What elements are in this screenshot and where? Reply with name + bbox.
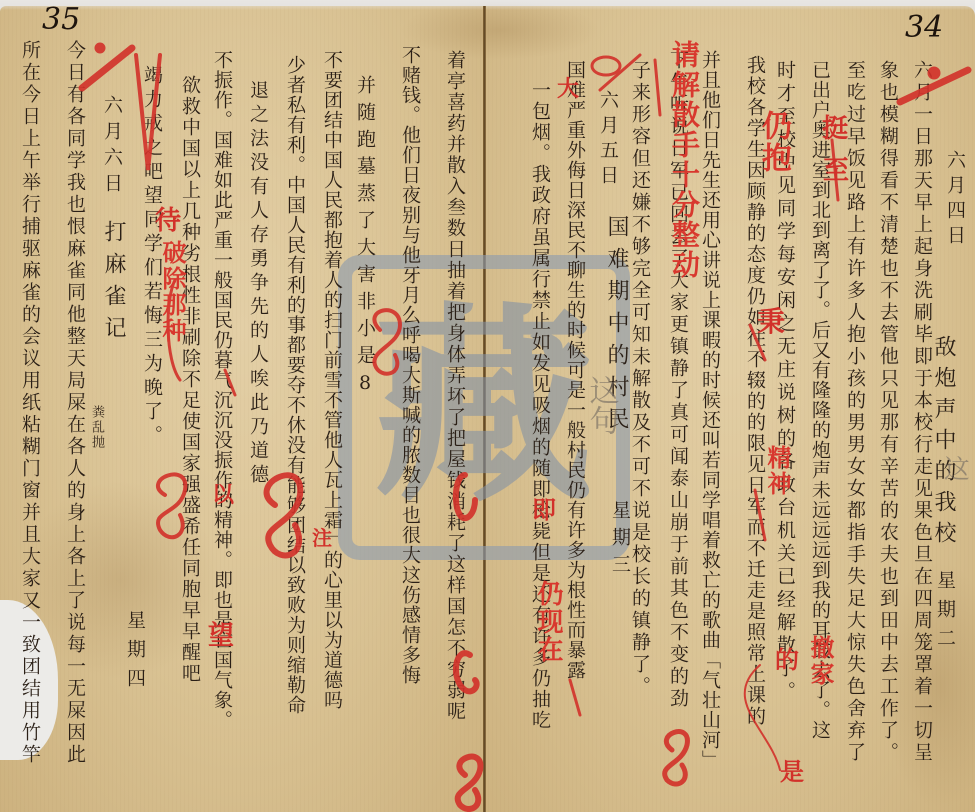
- red-correction: 以: [212, 478, 234, 509]
- red-correction: 的: [775, 640, 799, 675]
- red-correction: 注: [312, 522, 332, 551]
- red-correction: 请解散手十分整动: [670, 40, 698, 280]
- red-correction: 仍抱: [758, 110, 788, 174]
- red-correction: 挺: [822, 108, 848, 145]
- red-correction: 撤家: [808, 635, 832, 687]
- red-correction: 即: [532, 490, 556, 525]
- red-correction: 待: [155, 200, 181, 237]
- red-correction: 仍现在: [535, 580, 561, 664]
- red-correction: 精神: [765, 445, 789, 497]
- red-correction: 大: [557, 72, 579, 103]
- red-correction: 望: [208, 615, 234, 652]
- red-correction: 秉: [757, 300, 785, 340]
- red-correction: 破除那种: [160, 240, 184, 344]
- manuscript-scan: 35 34 藏 六月四日 敌炮声中的我校 星期二 六月一日那天早上起身洗刷毕即于…: [0, 0, 975, 812]
- red-correction: 是: [780, 752, 804, 787]
- red-correction: 至: [823, 150, 849, 187]
